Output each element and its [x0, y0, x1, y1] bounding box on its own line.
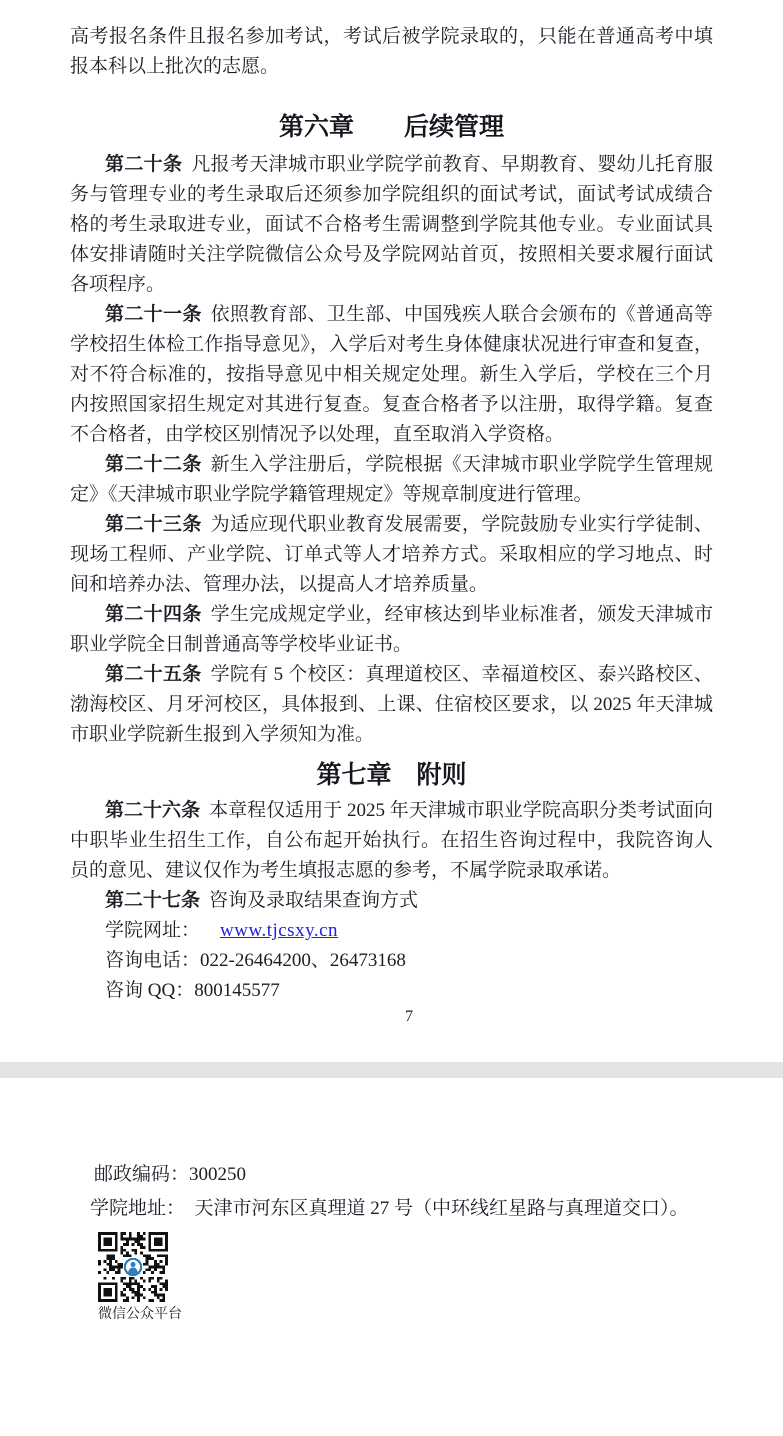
article-22-paragraph: 第二十二条新生入学注册后，学院根据《天津城市职业学院学生管理规定》《天津城市职业… — [70, 450, 713, 510]
article-23-number: 第二十三条 — [105, 514, 202, 535]
document-page-7: 高考报名条件且报名参加考试，考试后被学院录取的，只能在普通高考中填报本科以上批次… — [0, 0, 783, 1062]
wechat-qr-code-icon — [98, 1232, 168, 1302]
article-20-text: 凡报考天津城市职业学院学前教育、早期教育、婴幼儿托育服务与管理专业的考生录取后还… — [70, 154, 713, 295]
wechat-qr-block: 微信公众平台 — [98, 1232, 178, 1323]
website-line: 学院网址：www.tjcsxy.cn — [70, 916, 713, 946]
article-27-paragraph: 第二十七条咨询及录取结果查询方式 — [70, 886, 713, 916]
article-27-number: 第二十七条 — [105, 890, 200, 911]
article-26-paragraph: 第二十六条本章程仅适用于 2025 年天津城市职业学院高职分类考试面向中职毕业生… — [70, 796, 713, 886]
page-separator — [0, 1062, 783, 1078]
document-page-8: 邮政编码：300250 学院地址： 天津市河东区真理道 27 号（中环线红星路与… — [0, 1078, 783, 1436]
article-21-number: 第二十一条 — [105, 304, 202, 325]
article-22-number: 第二十二条 — [105, 454, 202, 475]
article-26-number: 第二十六条 — [105, 800, 200, 821]
college-website-link[interactable]: www.tjcsxy.cn — [220, 920, 338, 941]
article-24-paragraph: 第二十四条学生完成规定学业，经审核达到毕业标准者，颁发天津城市职业学院全日制普通… — [70, 600, 713, 660]
qq-line: 咨询 QQ：800145577 — [70, 976, 713, 1006]
article-25-number: 第二十五条 — [105, 664, 202, 685]
website-label: 学院网址： — [105, 920, 200, 941]
article-20-paragraph: 第二十条凡报考天津城市职业学院学前教育、早期教育、婴幼儿托育服务与管理专业的考生… — [70, 150, 713, 300]
postal-code-line: 邮政编码：300250 — [70, 1160, 713, 1190]
article-20-number: 第二十条 — [105, 154, 182, 175]
college-address-line: 学院地址： 天津市河东区真理道 27 号（中环线红星路与真理道交口）。 — [70, 1194, 713, 1224]
page-number: 7 — [70, 1006, 713, 1028]
article-21-paragraph: 第二十一条依照教育部、卫生部、中国残疾人联合会颁布的《普通高等学校招生体检工作指… — [70, 300, 713, 450]
article-25-paragraph: 第二十五条学院有 5 个校区：真理道校区、幸福道校区、泰兴路校区、渤海校区、月牙… — [70, 660, 713, 750]
article-27-text: 咨询及录取结果查询方式 — [209, 890, 418, 911]
wechat-qr-caption: 微信公众平台 — [98, 1306, 178, 1323]
chapter-6-heading: 第六章 后续管理 — [70, 110, 713, 144]
chapter-7-heading: 第七章 附则 — [70, 758, 713, 792]
article-21-text: 依照教育部、卫生部、中国残疾人联合会颁布的《普通高等学校招生体检工作指导意见》，… — [70, 304, 713, 445]
phone-line: 咨询电话：022-26464200、26473168 — [70, 946, 713, 976]
article-23-paragraph: 第二十三条为适应现代职业教育发展需要，学院鼓励专业实行学徒制、现场工程师、产业学… — [70, 510, 713, 600]
article-24-number: 第二十四条 — [105, 604, 202, 625]
continuation-paragraph: 高考报名条件且报名参加考试，考试后被学院录取的，只能在普通高考中填报本科以上批次… — [70, 22, 713, 82]
